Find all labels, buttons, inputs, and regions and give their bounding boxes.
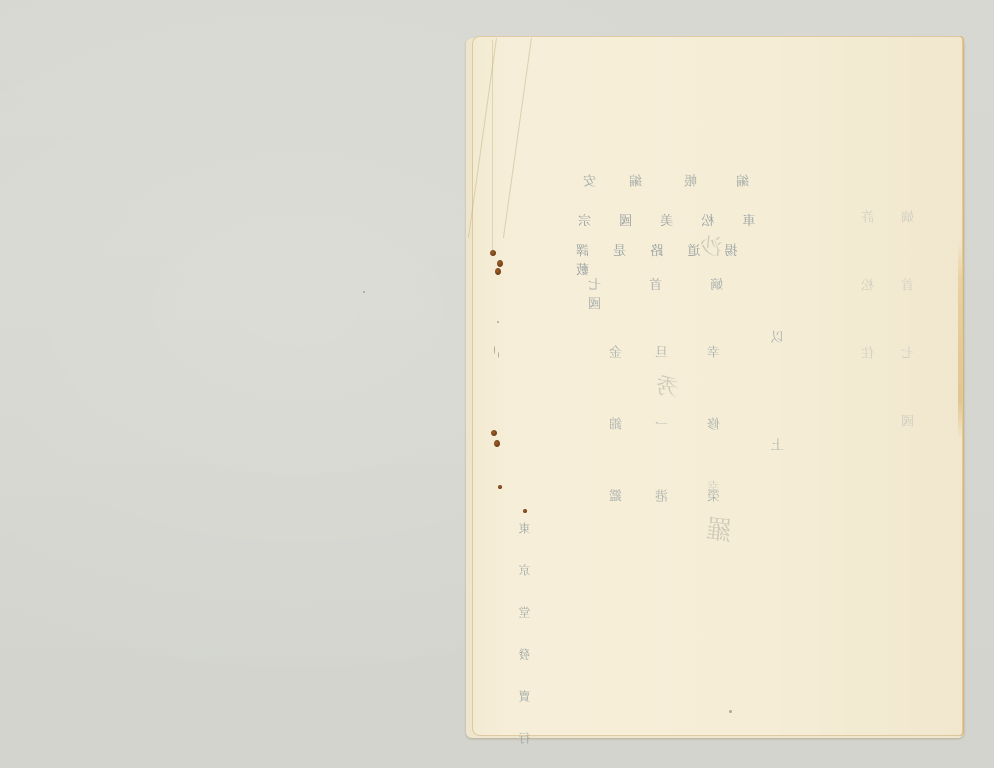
binding-stain-2 [497,260,503,267]
handwritten-mark-3: 羅 [704,509,734,549]
show-through-col-9: 幸 [706,480,725,507]
show-through-col-8: 金 錦 鑑 [608,345,627,524]
speck [498,352,499,358]
binding-stain-7 [523,509,527,513]
show-through-row-1: 車 松 美 國 宗 [566,210,766,229]
faint-col-a: 許 松 住 [860,210,879,379]
publisher-margin-column: 東 京 堂 發 賣 行 [516,522,533,752]
show-through-header-4: 編 [735,174,754,201]
speck [363,291,365,293]
binding-stain-4 [491,430,497,436]
speck [494,346,495,354]
page-edge-discoloration [958,240,962,440]
show-through-row-3: 嫡 首 七 國 [566,274,766,312]
handwritten-mark-2: 秀 [654,369,679,402]
show-through-row-2: 揚 道 路 是 譯 藪 [566,240,766,278]
handwritten-mark-1: 沙 [698,229,723,262]
binding-stain-1 [490,250,496,256]
speck [497,321,499,323]
show-through-col-igo: 以 上 [770,330,789,491]
speck [729,710,732,713]
binding-stain-6 [498,485,502,489]
binding-stain-3 [495,268,501,275]
faint-col-b: 嫡 首 七 國 [900,210,919,447]
binding-stain-5 [494,440,500,447]
show-through-header-3: 帳 [683,174,702,201]
show-through-header-2: 編 [628,174,647,201]
show-through-header-1: 安 [582,174,601,201]
